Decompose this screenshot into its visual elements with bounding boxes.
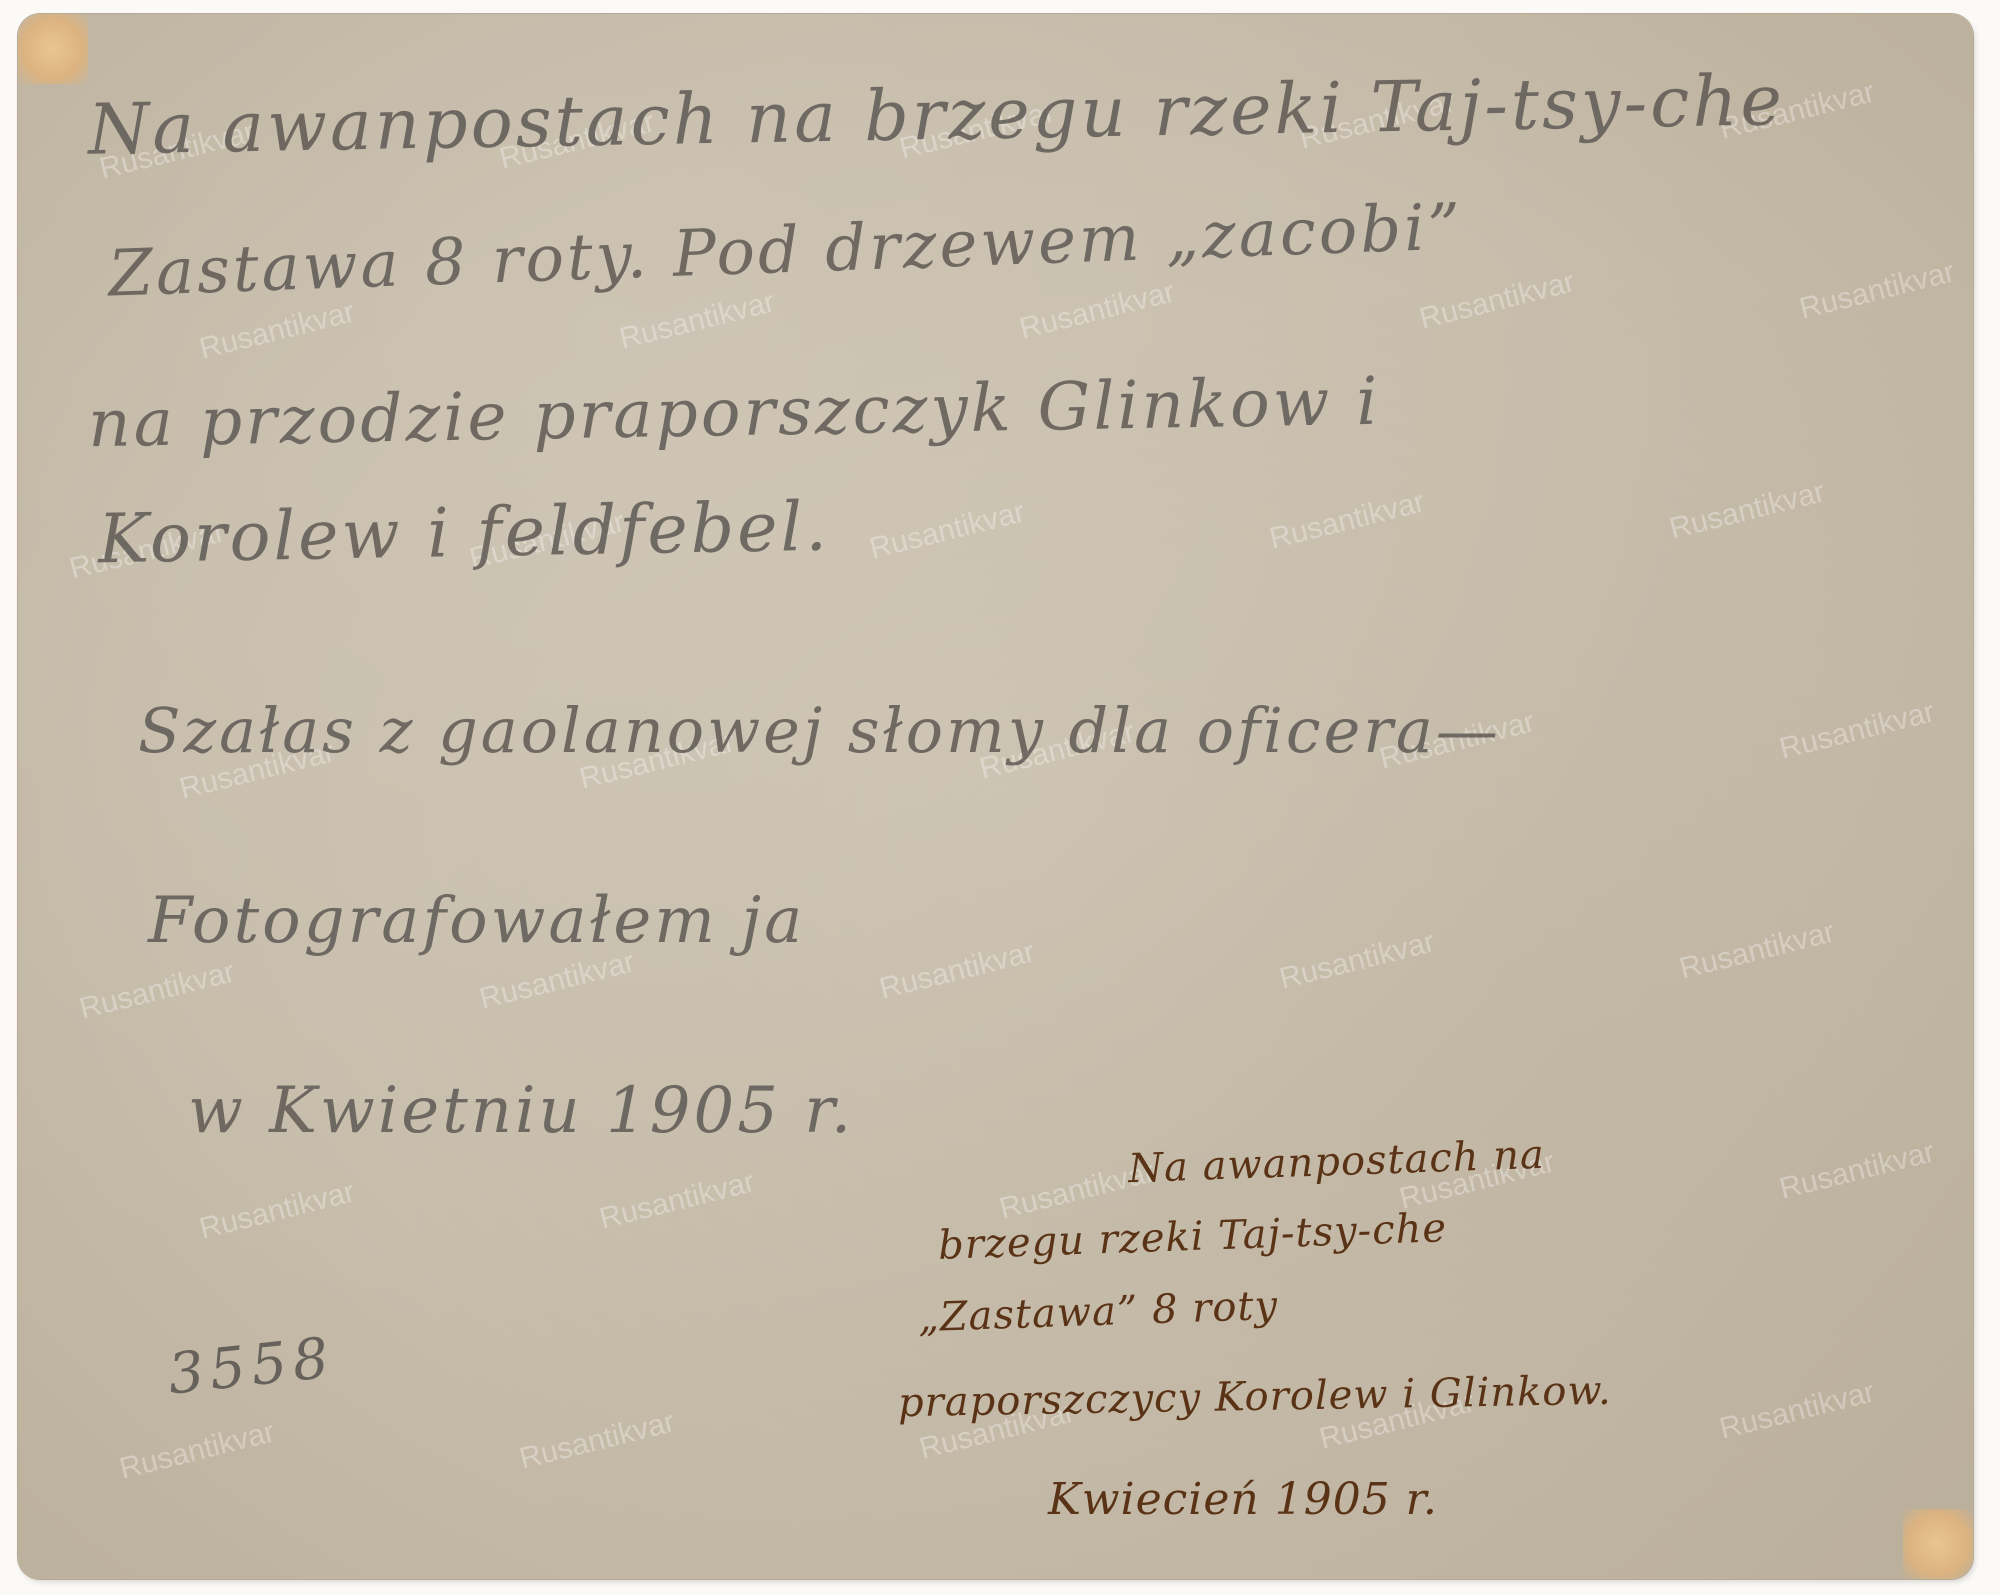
ink-line: brzegu rzeki Taj-tsy-che (937, 1205, 1447, 1269)
watermark: Rusantikvar (1266, 485, 1428, 556)
pencil-line: Na awanpostach na brzegu rzeki Taj-tsy-c… (87, 59, 1785, 171)
watermark: Rusantikvar (1276, 925, 1438, 996)
pencil-line: Korolew i feldfebel. (97, 488, 830, 580)
watermark: Rusantikvar (1716, 1375, 1878, 1446)
watermark: Rusantikvar (1796, 255, 1958, 326)
pencil-line: Szałas z gaolanowej słomy dla oficera— (138, 694, 1501, 767)
watermark: Rusantikvar (1676, 915, 1838, 986)
pencil-line: Zastawa 8 roty. Pod drzewem „zacobi” (107, 190, 1464, 311)
photo-card-back: Rusantikvar Rusantikvar Rusantikvar Rusa… (18, 14, 1973, 1579)
ink-line: „Zastawa” 8 roty (917, 1283, 1278, 1342)
watermark: Rusantikvar (1016, 275, 1178, 346)
ink-line: Na awanpostach na (1127, 1132, 1545, 1193)
watermark: Rusantikvar (1416, 265, 1578, 336)
watermark: Rusantikvar (196, 1175, 358, 1246)
pencil-line: na przodzie praporszczyk Glinkow i (87, 363, 1381, 463)
watermark: Rusantikvar (866, 495, 1028, 566)
corner-wear-bottom-right (1903, 1509, 1973, 1579)
pencil-line: w Kwietniu 1905 r. (188, 1074, 854, 1148)
ink-line: Kwiecień 1905 r. (1048, 1474, 1438, 1525)
watermark: Rusantikvar (1666, 475, 1828, 546)
watermark: Rusantikvar (616, 285, 778, 356)
watermark: Rusantikvar (76, 955, 238, 1026)
watermark: Rusantikvar (596, 1165, 758, 1236)
ink-line: praporszczycy Korolew i Glinkow. (898, 1368, 1612, 1426)
watermark: Rusantikvar (516, 1405, 678, 1476)
watermark: Rusantikvar (1776, 695, 1938, 766)
watermark: Rusantikvar (1776, 1135, 1938, 1206)
watermark: Rusantikvar (876, 935, 1038, 1006)
catalog-number: 3558 (165, 1325, 337, 1407)
watermark: Rusantikvar (116, 1415, 278, 1486)
corner-wear-top-left (18, 14, 88, 84)
pencil-line: Fotografowałem ja (148, 884, 805, 958)
